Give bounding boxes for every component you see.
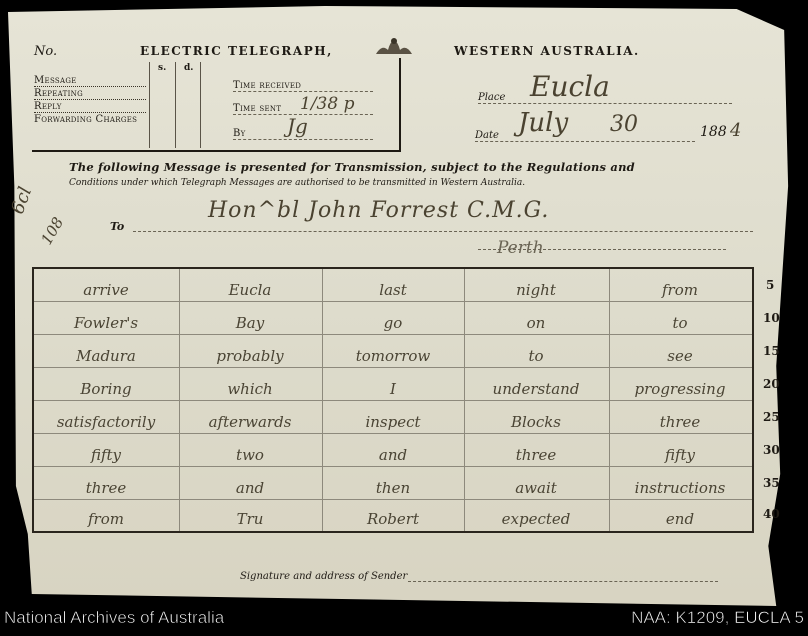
notice-line-2: Conditions under which Telegraph Message… (69, 178, 525, 188)
grid-row-line (34, 367, 752, 368)
grid-row-line (34, 499, 752, 500)
charges-col-divider (200, 62, 201, 148)
message-word: night (466, 281, 606, 299)
message-word: Tru (180, 510, 320, 528)
message-word: from (610, 281, 750, 299)
line-number: 10 (763, 311, 780, 325)
by-label: By (233, 128, 246, 139)
charges-col-d: d. (184, 63, 193, 73)
message-word: and (180, 479, 320, 497)
message-word: fifty (36, 446, 176, 464)
message-word: three (610, 413, 750, 431)
message-word: two (180, 446, 320, 464)
place-label: Place (478, 92, 505, 103)
message-word: afterwards (180, 413, 320, 431)
line-number: 5 (766, 278, 774, 292)
grid-row-line (34, 433, 752, 434)
by-value: Jg (287, 114, 308, 138)
to-recipient: Hon^bl John Forrest C.M.G. (208, 198, 549, 223)
message-word: Blocks (466, 413, 606, 431)
message-word: three (36, 479, 176, 497)
message-word: await (466, 479, 606, 497)
charge-row-reply: Reply (34, 101, 146, 113)
time-received-label: Time received (233, 80, 301, 91)
crest-icon (374, 36, 414, 56)
message-word: Madura (36, 347, 176, 365)
line-number: 30 (763, 443, 780, 457)
message-word: see (610, 347, 750, 365)
time-sent-value: 1/38 p (300, 94, 354, 114)
message-word: Boring (36, 380, 176, 398)
message-word: probably (180, 347, 320, 365)
message-word: then (323, 479, 463, 497)
time-sent-label: Time sent (233, 103, 281, 114)
to-label: To (110, 220, 124, 233)
to-line (133, 231, 753, 232)
message-word: arrive (36, 281, 176, 299)
message-word: to (466, 347, 606, 365)
line-number: 35 (763, 476, 780, 490)
date-label: Date (475, 130, 499, 141)
notice-line-1: The following Message is presented for T… (69, 160, 635, 174)
message-word: satisfactorily (36, 413, 176, 431)
charge-row-forwarding: Forwarding Charges (34, 114, 149, 125)
grid-row-line (34, 301, 752, 302)
message-word: Eucla (180, 281, 320, 299)
to-location: Perth (497, 238, 544, 258)
signature-label: Signature and address of Sender (240, 571, 407, 582)
message-word: three (466, 446, 606, 464)
place-value: Eucla (530, 70, 610, 103)
message-word: expected (466, 510, 606, 528)
line-number: 15 (763, 344, 780, 358)
message-word: Robert (323, 510, 463, 528)
message-word: from (36, 510, 176, 528)
message-word: progressing (610, 380, 750, 398)
message-word: inspect (323, 413, 463, 431)
message-word: instructions (610, 479, 750, 497)
date-month: July (518, 108, 568, 138)
message-word: go (323, 314, 463, 332)
grid-row-line (34, 466, 752, 467)
message-word: to (610, 314, 750, 332)
message-grid: arrive Eucla last night from Fowler's Ba… (32, 267, 754, 533)
message-word: Bay (180, 314, 320, 332)
time-received-field: Time received (233, 80, 373, 92)
message-word: Fowler's (36, 314, 176, 332)
date-year-prefix: 188 (700, 124, 727, 140)
line-number: 25 (763, 410, 780, 424)
message-word: on (466, 314, 606, 332)
message-word: which (180, 380, 320, 398)
grid-row-line (34, 400, 752, 401)
charges-col-divider (149, 62, 150, 148)
message-word: and (323, 446, 463, 464)
charges-col-s: s. (158, 63, 166, 73)
grid-row-line (34, 334, 752, 335)
line-number: 20 (763, 377, 780, 391)
charges-col-divider (175, 62, 176, 148)
signature-line (408, 581, 718, 582)
message-word: fifty (610, 446, 750, 464)
form-title-left: ELECTRIC TELEGRAPH, (140, 44, 333, 58)
form-title-right: WESTERN AUSTRALIA. (454, 44, 640, 58)
date-day: 30 (610, 112, 638, 137)
charge-row-message: Message (34, 75, 146, 87)
message-word: end (610, 510, 750, 528)
header-rule (32, 150, 400, 152)
message-word: I (323, 380, 463, 398)
form-number-label: No. (34, 44, 57, 59)
line-number: 40 (763, 507, 780, 521)
message-word: last (323, 281, 463, 299)
message-word: understand (466, 380, 606, 398)
archive-reference: NAA: K1209, EUCLA 5 (631, 608, 804, 628)
date-year-suffix: 4 (730, 120, 741, 141)
date-field: Date (475, 130, 695, 142)
message-word: tomorrow (323, 347, 463, 365)
archive-credit: National Archives of Australia (4, 608, 224, 628)
charge-row-repeating: Repeating (34, 88, 146, 100)
